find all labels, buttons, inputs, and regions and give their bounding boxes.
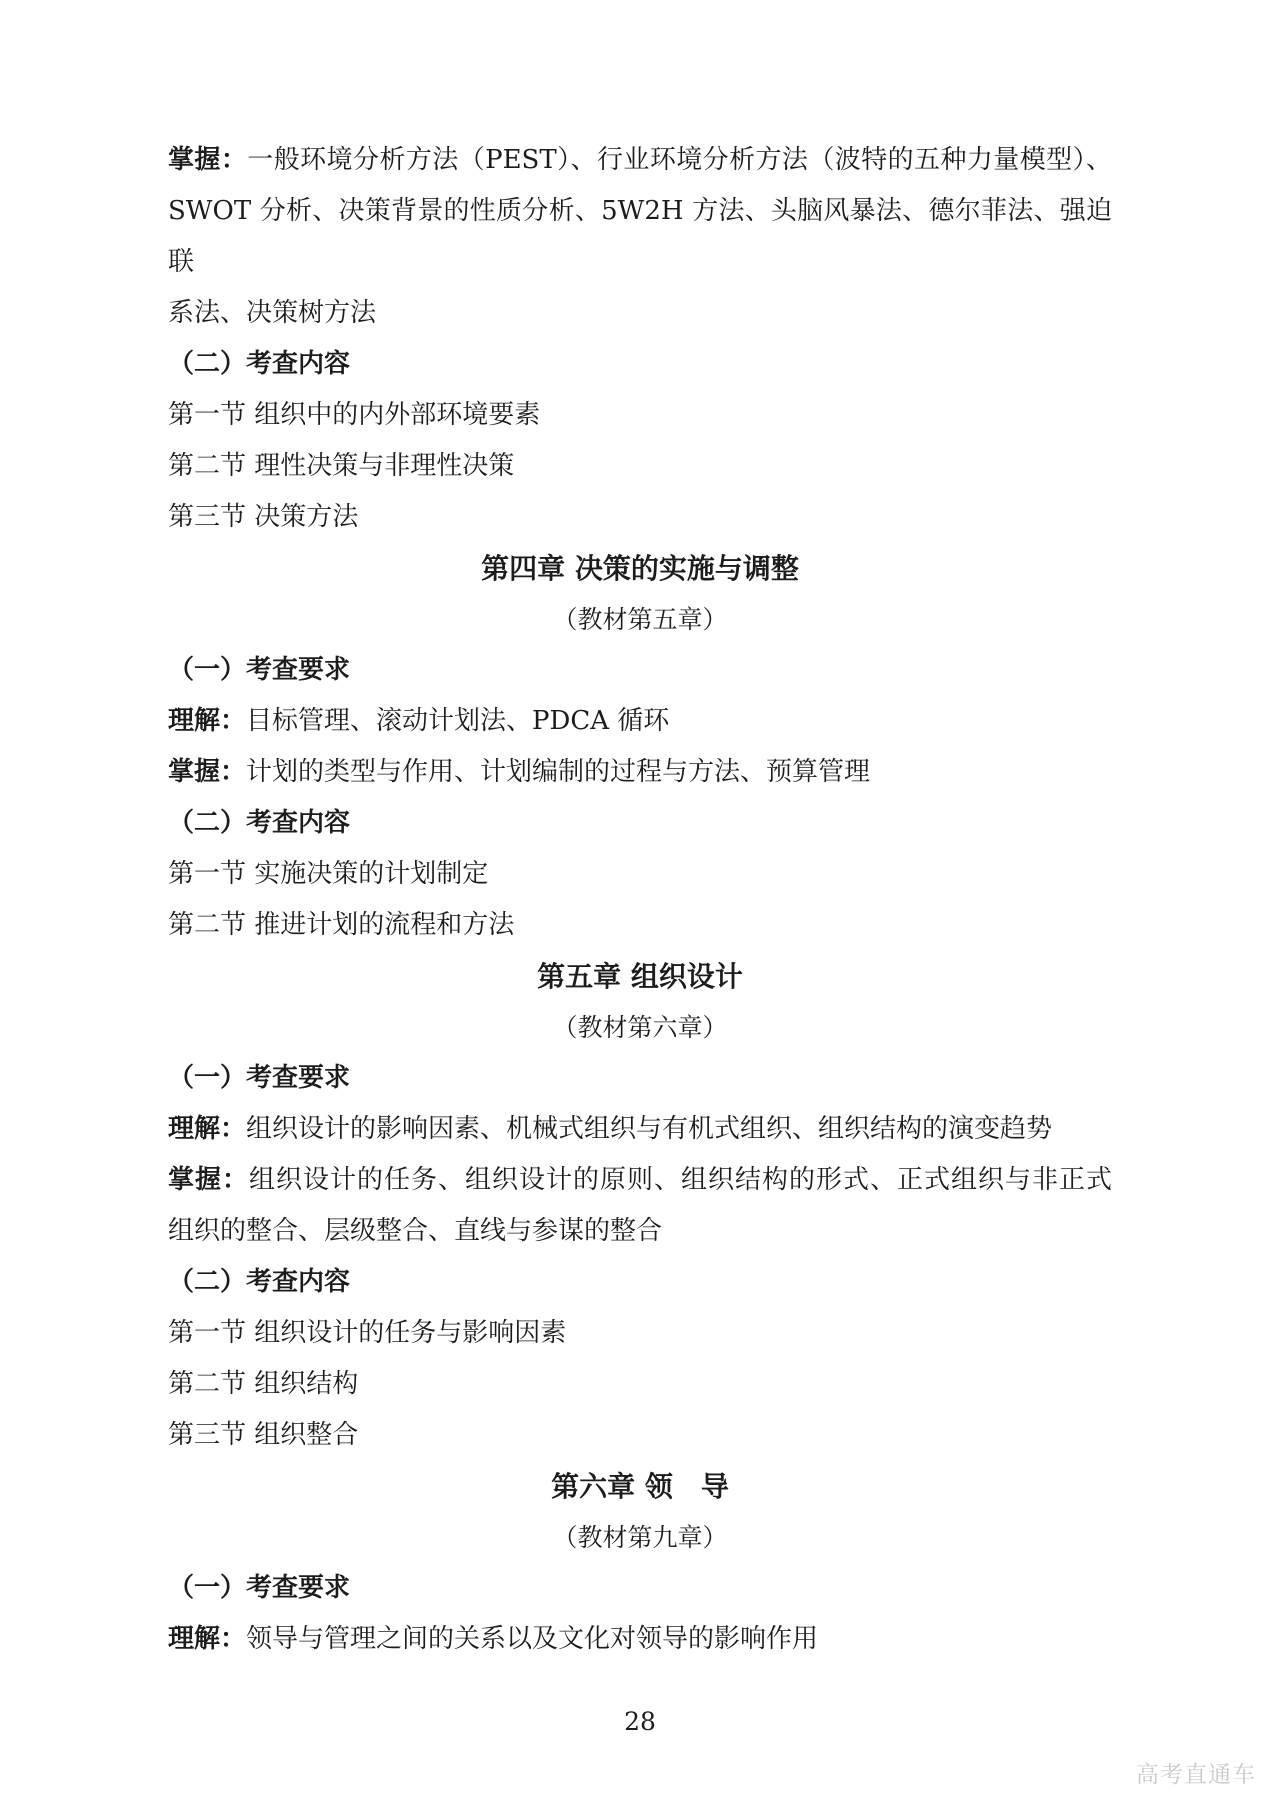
paragraph-line: 掌握：组织设计的任务、组织设计的原则、组织结构的形式、正式组织与非正式 — [168, 1155, 1112, 1206]
line-text: （教材第五章） — [552, 605, 727, 634]
line-text: 第二节 推进计划的流程和方法 — [168, 910, 514, 940]
paragraph-line: 理解：目标管理、滚动计划法、PDCA 循环 — [168, 696, 1112, 747]
paragraph-line: 掌握：一般环境分析方法（PEST）、行业环境分析方法（波特的五种力量模型）、 — [168, 135, 1112, 186]
emphasis-prefix: 掌握： — [168, 757, 246, 787]
line-text: 计划的类型与作用、计划编制的过程与方法、预算管理 — [246, 757, 870, 787]
line-text: （一）考查要求 — [168, 1573, 350, 1603]
line-text: 第二节 理性决策与非理性决策 — [168, 451, 514, 481]
line-text: 领导与管理之间的关系以及文化对领导的影响作用 — [246, 1624, 818, 1654]
textbook-source-note: （教材第六章） — [168, 1002, 1112, 1053]
line-text: 第一节 实施决策的计划制定 — [168, 859, 488, 889]
line-text: （教材第九章） — [552, 1523, 727, 1552]
line-text: （教材第六章） — [552, 1013, 727, 1042]
paragraph-line: 第一节 组织中的内外部环境要素 — [168, 390, 1112, 441]
paragraph-line: 第二节 组织结构 — [168, 1359, 1112, 1410]
page-number: 28 — [0, 1696, 1280, 1747]
paragraph-line: 理解：组织设计的影响因素、机械式组织与有机式组织、组织结构的演变趋势 — [168, 1104, 1112, 1155]
line-text: （二）考查内容 — [168, 808, 350, 838]
line-text: 组织设计的任务、组织设计的原则、组织结构的形式、正式组织与非正式 — [249, 1165, 1112, 1195]
line-text: （一）考查要求 — [168, 1063, 350, 1093]
chapter-heading: 第五章 组织设计 — [168, 951, 1112, 1002]
line-text: 目标管理、滚动计划法、PDCA 循环 — [246, 706, 669, 736]
section-heading: （二）考查内容 — [168, 339, 1112, 390]
watermark: 高考直通车 — [1136, 1756, 1256, 1789]
line-text: 第五章 组织设计 — [537, 960, 743, 993]
line-text: （一）考查要求 — [168, 655, 350, 685]
line-text: 组织的整合、层级整合、直线与参谋的整合 — [168, 1216, 662, 1246]
paragraph-line: 理解：领导与管理之间的关系以及文化对领导的影响作用 — [168, 1614, 1112, 1665]
document-lines: 掌握：一般环境分析方法（PEST）、行业环境分析方法（波特的五种力量模型）、SW… — [0, 0, 1280, 1665]
section-heading: （一）考查要求 — [168, 1053, 1112, 1104]
textbook-source-note: （教材第五章） — [168, 594, 1112, 645]
line-text: （二）考查内容 — [168, 1267, 350, 1297]
paragraph-line: SWOT 分析、决策背景的性质分析、5W2H 方法、头脑风暴法、德尔菲法、强迫联 — [168, 186, 1112, 288]
line-text: 第一节 组织设计的任务与影响因素 — [168, 1318, 566, 1348]
line-text: 组织设计的影响因素、机械式组织与有机式组织、组织结构的演变趋势 — [246, 1114, 1052, 1144]
paragraph-line: 第一节 实施决策的计划制定 — [168, 849, 1112, 900]
section-heading: （二）考查内容 — [168, 798, 1112, 849]
paragraph-line: 系法、决策树方法 — [168, 288, 1112, 339]
line-text: SWOT 分析、决策背景的性质分析、5W2H 方法、头脑风暴法、德尔菲法、强迫联 — [168, 196, 1112, 277]
textbook-source-note: （教材第九章） — [168, 1512, 1112, 1563]
line-text: 第二节 组织结构 — [168, 1369, 358, 1399]
line-text: 第四章 决策的实施与调整 — [481, 552, 799, 585]
section-heading: （一）考查要求 — [168, 645, 1112, 696]
chapter-heading: 第六章 领 导 — [168, 1461, 1112, 1512]
paragraph-line: 第二节 推进计划的流程和方法 — [168, 900, 1112, 951]
paragraph-line: 第三节 组织整合 — [168, 1410, 1112, 1461]
line-text: 第三节 组织整合 — [168, 1420, 358, 1450]
line-text: 第六章 领 导 — [551, 1470, 729, 1503]
line-text: 一般环境分析方法（PEST）、行业环境分析方法（波特的五种力量模型）、 — [247, 145, 1112, 175]
paragraph-line: 第二节 理性决策与非理性决策 — [168, 441, 1112, 492]
line-text: 系法、决策树方法 — [168, 298, 376, 328]
paragraph-line: 第三节 决策方法 — [168, 492, 1112, 543]
document-page: 掌握：一般环境分析方法（PEST）、行业环境分析方法（波特的五种力量模型）、SW… — [0, 0, 1280, 1811]
line-text: （二）考查内容 — [168, 349, 350, 379]
emphasis-prefix: 掌握： — [168, 145, 247, 175]
chapter-heading: 第四章 决策的实施与调整 — [168, 543, 1112, 594]
paragraph-line: 组织的整合、层级整合、直线与参谋的整合 — [168, 1206, 1112, 1257]
line-text: 第三节 决策方法 — [168, 502, 358, 532]
line-text: 第一节 组织中的内外部环境要素 — [168, 400, 540, 430]
emphasis-prefix: 掌握： — [168, 1165, 249, 1195]
paragraph-line: 掌握：计划的类型与作用、计划编制的过程与方法、预算管理 — [168, 747, 1112, 798]
emphasis-prefix: 理解： — [168, 706, 246, 736]
emphasis-prefix: 理解： — [168, 1624, 246, 1654]
emphasis-prefix: 理解： — [168, 1114, 246, 1144]
section-heading: （一）考查要求 — [168, 1563, 1112, 1614]
paragraph-line: 第一节 组织设计的任务与影响因素 — [168, 1308, 1112, 1359]
section-heading: （二）考查内容 — [168, 1257, 1112, 1308]
